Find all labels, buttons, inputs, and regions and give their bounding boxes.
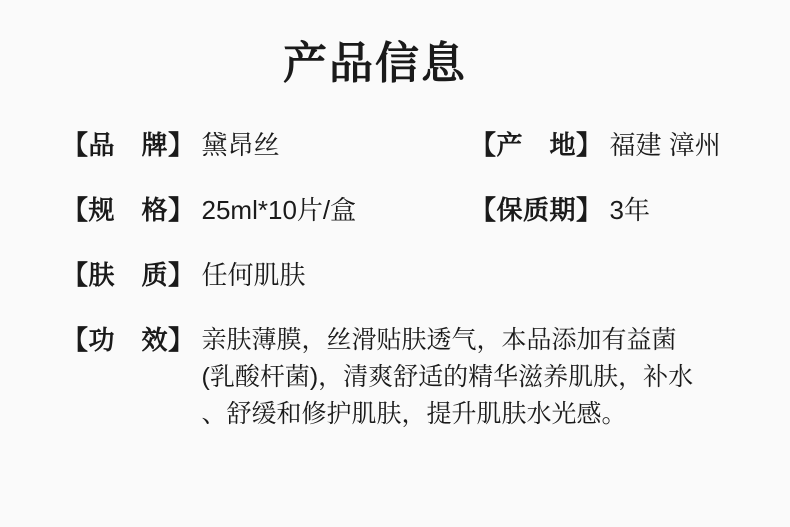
brand-value: 黛昂丝 [202, 130, 280, 160]
spec-row: 【规 格】25ml*10片/盒 [62, 192, 356, 228]
shelf-life-label: 【保质期】 [470, 195, 603, 225]
skin-type-label: 【肤 质】 [62, 260, 195, 290]
page-title: 产品信息 [0, 40, 750, 88]
spec-label: 【规 格】 [62, 195, 195, 225]
efficacy-line-1: 亲肤薄膜，丝滑贴肤透气，本品添加有益菌 [202, 322, 694, 359]
brand-row: 【品 牌】黛昂丝 [62, 127, 280, 163]
shelf-life-row: 【保质期】3年 [470, 192, 650, 228]
origin-row: 【产 地】福建 漳州 [470, 127, 721, 163]
efficacy-line-2: (乳酸杆菌)，清爽舒适的精华滋养肌肤，补水 [202, 359, 694, 396]
shelf-life-value: 3年 [610, 195, 650, 225]
efficacy-label: 【功 效】 [62, 322, 195, 359]
efficacy-text: 亲肤薄膜，丝滑贴肤透气，本品添加有益菌 (乳酸杆菌)，清爽舒适的精华滋养肌肤，补… [202, 322, 694, 433]
efficacy-line-3: 、舒缓和修护肌肤，提升肌肤水光感。 [202, 396, 694, 433]
brand-label: 【品 牌】 [62, 130, 195, 160]
efficacy-row: 【功 效】 亲肤薄膜，丝滑贴肤透气，本品添加有益菌 (乳酸杆菌)，清爽舒适的精华… [62, 322, 693, 433]
skin-type-row: 【肤 质】任何肌肤 [62, 257, 306, 293]
spec-value: 25ml*10片/盒 [202, 195, 357, 225]
origin-label: 【产 地】 [470, 130, 603, 160]
skin-type-value: 任何肌肤 [202, 260, 306, 290]
origin-value: 福建 漳州 [610, 130, 721, 160]
